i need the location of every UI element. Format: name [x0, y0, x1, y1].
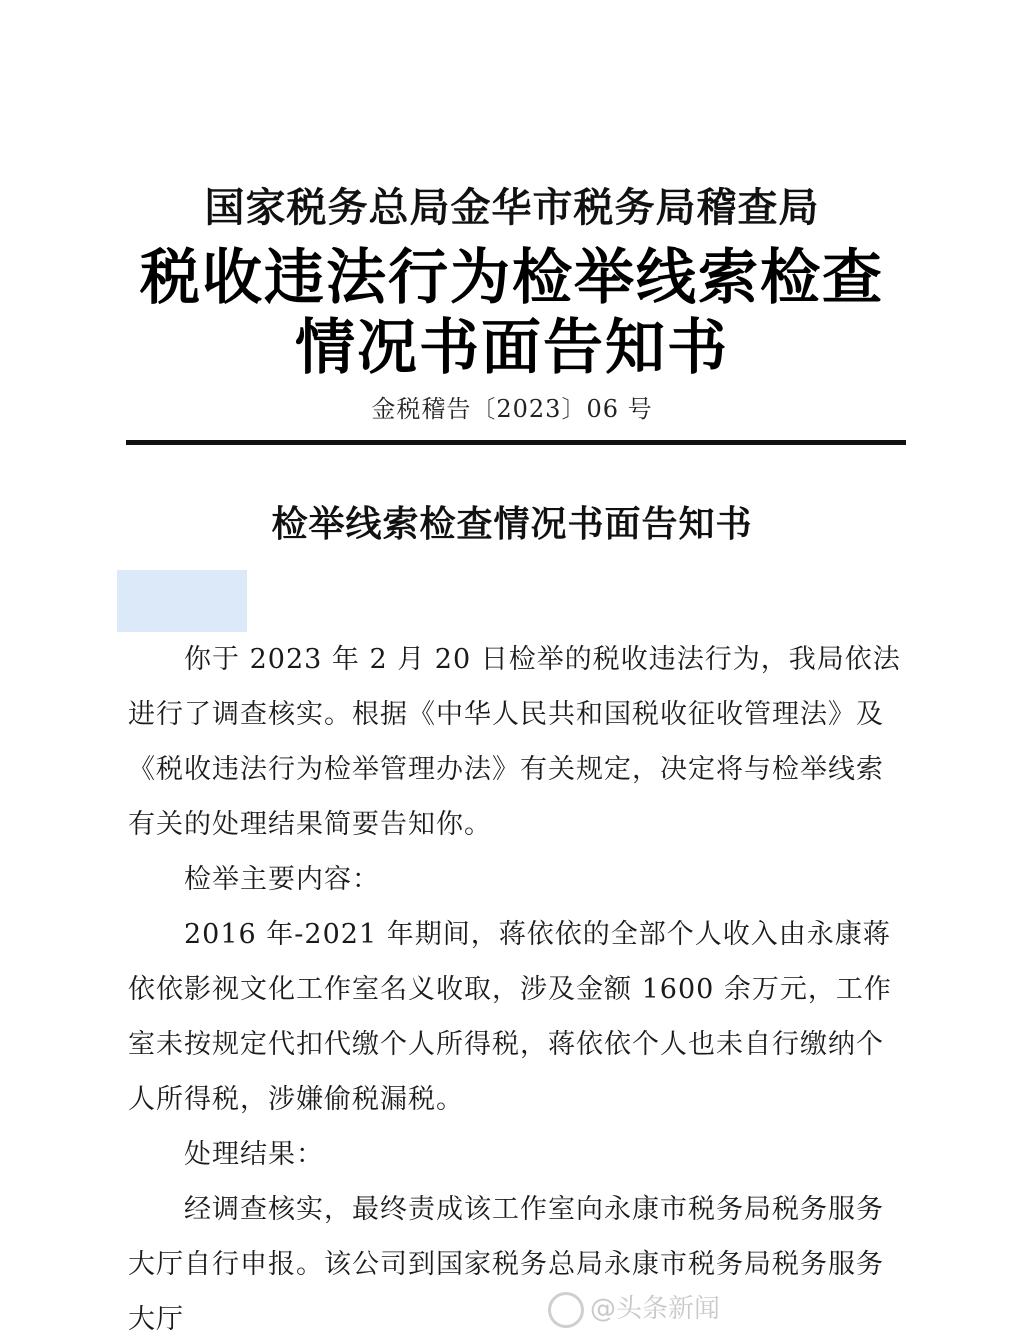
weibo-icon: [548, 1292, 584, 1328]
report-content-paragraph: 2016 年-2021 年期间，蒋依依的全部个人收入由永康蒋依依影视文化工作室名…: [128, 907, 908, 1127]
watermark-text: @头条新闻: [590, 1294, 720, 1324]
notice-subtitle: 检举线索检查情况书面告知书: [0, 500, 1024, 550]
document-number: 金税稽告〔2023〕06 号: [0, 392, 1024, 426]
intro-paragraph: 你于 2023 年 2 月 20 日检举的税收违法行为，我局依法进行了调查核实。…: [128, 632, 908, 852]
issuer-heading: 国家税务总局金华市税务局稽查局: [0, 180, 1024, 236]
redacted-recipient-name: [117, 570, 247, 632]
document-title-line-1: 税收违法行为检举线索检查: [0, 243, 1024, 313]
source-watermark: @头条新闻: [548, 1288, 720, 1328]
header-divider: [126, 440, 906, 445]
report-content-heading: 检举主要内容：: [128, 852, 908, 907]
result-heading: 处理结果：: [128, 1127, 908, 1182]
result-paragraph: 经调查核实，最终责成该工作室向永康市税务局税务服务大厅自行申报。该公司到国家税务…: [128, 1182, 908, 1341]
document-title-line-2: 情况书面告知书: [0, 313, 1024, 383]
document-body: 你于 2023 年 2 月 20 日检举的税收违法行为，我局依法进行了调查核实。…: [128, 632, 908, 1341]
